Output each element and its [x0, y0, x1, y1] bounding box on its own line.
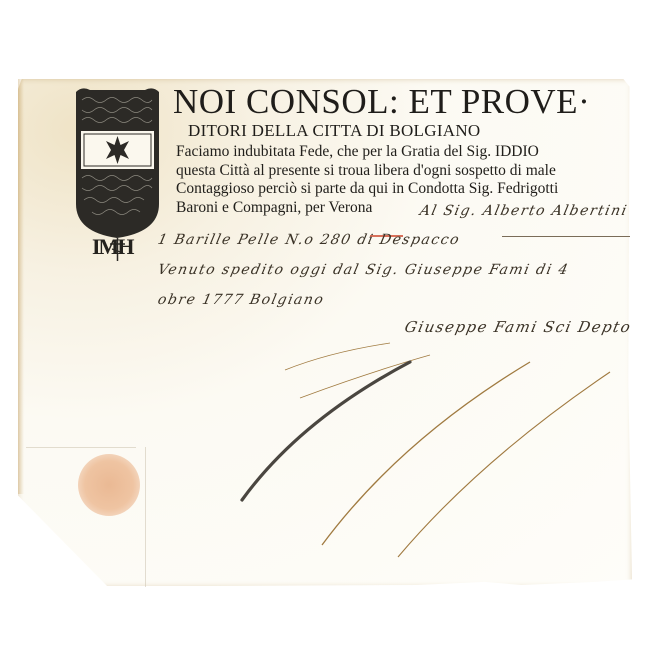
cancellation-strokes: [0, 0, 650, 650]
